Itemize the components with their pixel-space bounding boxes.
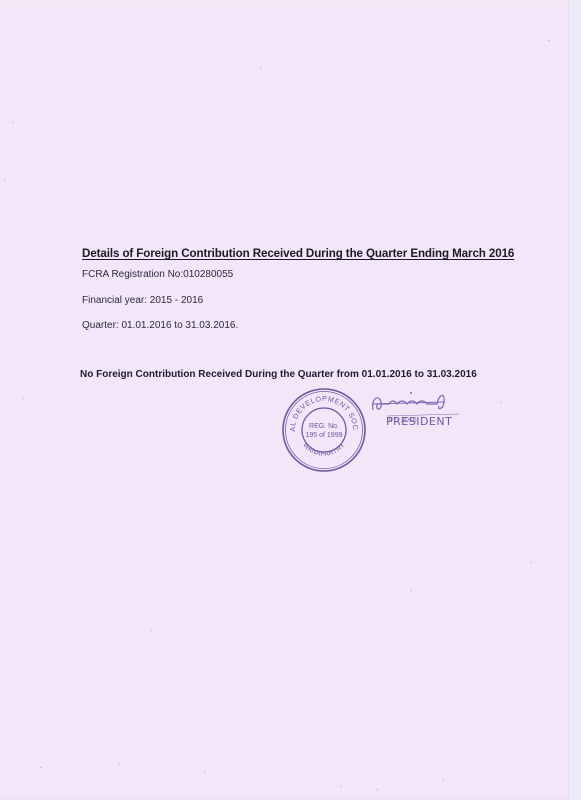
- document-heading: Details of Foreign Contribution Received…: [82, 247, 514, 260]
- seal-reg-number: 195 of 1999: [306, 432, 343, 439]
- no-contribution-notice: No Foreign Contribution Received During …: [80, 369, 477, 380]
- seal-reg-label: REG. No.: [309, 423, 339, 430]
- scan-right-edge: [568, 0, 581, 800]
- financial-year: Financial year: 2015 - 2016: [82, 295, 203, 306]
- quarter-period: Quarter: 01.01.2016 to 31.03.2016.: [82, 320, 238, 331]
- scan-top-edge: [0, 0, 568, 3]
- signature-title: PRESIDENT: [386, 415, 452, 428]
- fcra-registration: FCRA Registration No:010280055: [82, 269, 233, 280]
- svg-text:WANAPARTHY: WANAPARTHY: [301, 442, 347, 458]
- organization-seal: RURAL DEVELOPMENT SOCIETY WANAPARTHY REG…: [281, 387, 367, 473]
- seal-location: WANAPARTHY: [301, 442, 347, 458]
